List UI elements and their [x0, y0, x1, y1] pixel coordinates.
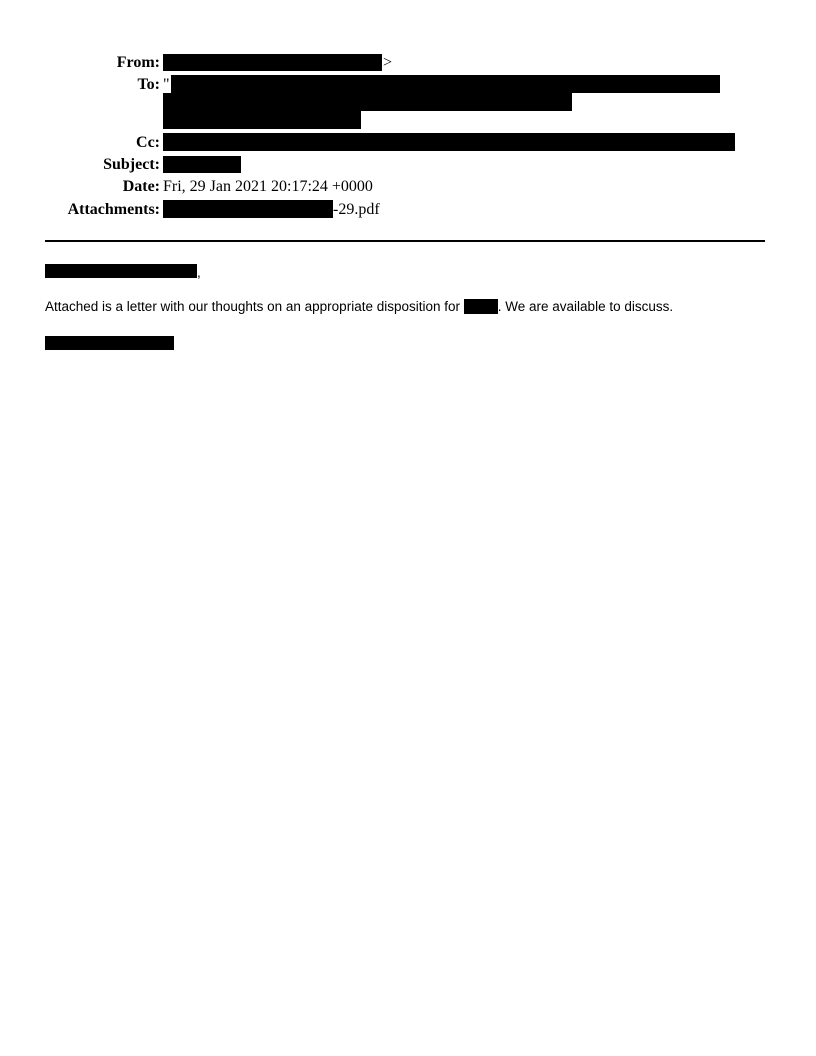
attachment-suffix: -29.pdf [333, 201, 380, 219]
date-label: Date: [123, 178, 160, 196]
from-label: From: [117, 54, 160, 72]
cc-redaction [163, 133, 735, 151]
signature-redaction [45, 336, 174, 350]
body-line-1-end: . We are available to discuss. [498, 299, 673, 314]
to-redaction-line-1 [171, 75, 720, 93]
inline-redaction [464, 299, 498, 314]
to-prefix: " [163, 76, 170, 94]
attachments-label: Attachments: [68, 201, 160, 219]
body-line-1-text: Attached is a letter with our thoughts o… [45, 299, 460, 314]
to-redaction-line-3 [163, 111, 361, 129]
greeting-redaction [45, 264, 197, 278]
body-line-1: Attached is a letter with our thoughts o… [45, 299, 673, 315]
to-redaction-line-2 [163, 93, 572, 111]
greeting-comma: , [197, 265, 201, 281]
cc-label: Cc: [136, 134, 160, 152]
from-redaction [163, 54, 382, 71]
from-suffix: > [383, 54, 392, 72]
date-value: Fri, 29 Jan 2021 20:17:24 +0000 [163, 178, 373, 196]
subject-label: Subject: [103, 156, 160, 174]
header-divider [45, 240, 765, 242]
attachment-name-redaction [163, 200, 333, 218]
subject-redaction [163, 156, 241, 173]
to-label: To: [137, 76, 160, 94]
